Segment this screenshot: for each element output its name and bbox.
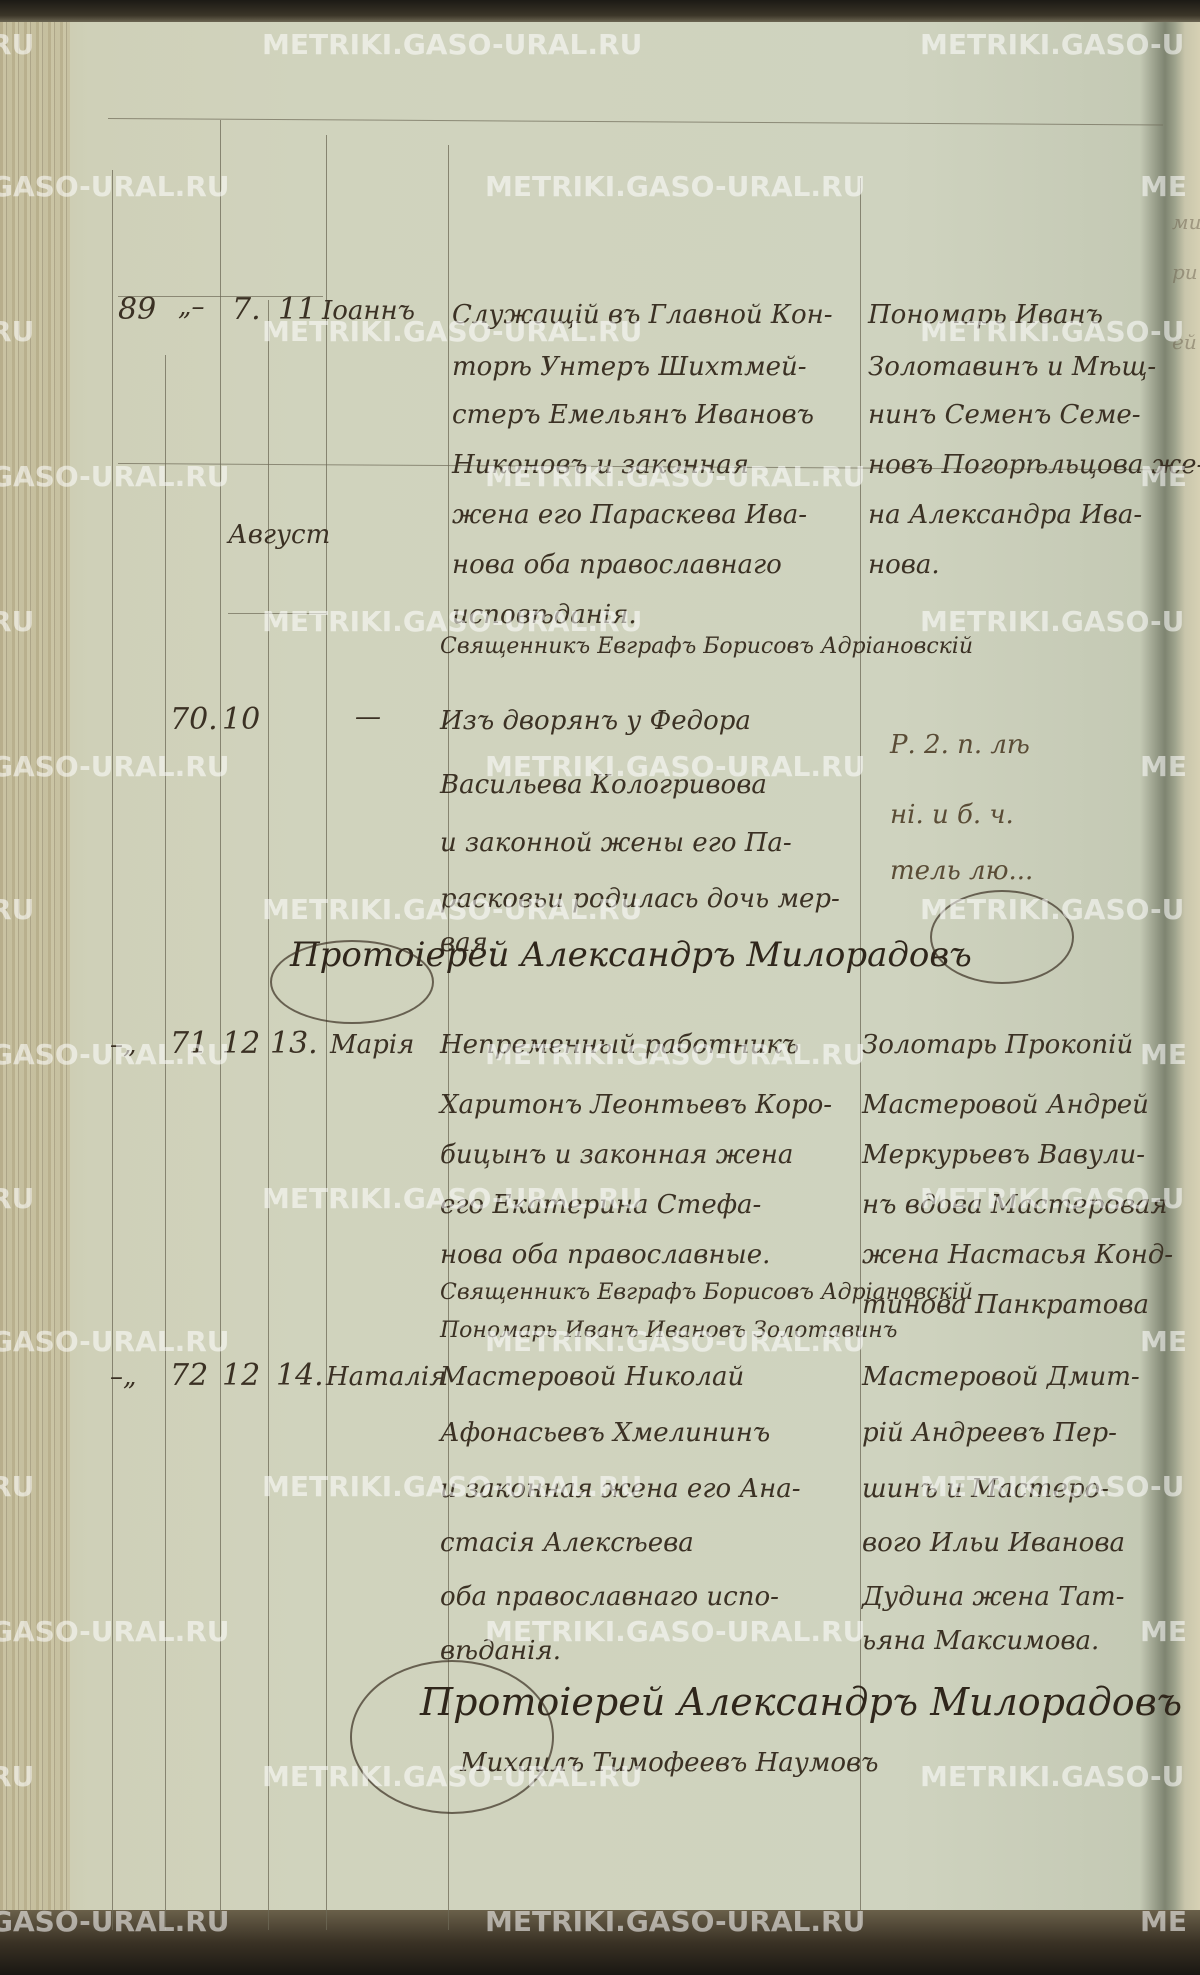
parents-line: его Екатерина Стефа- <box>440 1190 761 1220</box>
entry-baptism-day: 13. <box>270 1026 318 1061</box>
rule-month-underline <box>228 613 326 614</box>
watermark-text: ME <box>1140 1038 1187 1071</box>
parents-line: Непременный работникъ <box>440 1030 799 1060</box>
col-rule-7 <box>860 178 861 1930</box>
entry-baptism-day: 14. <box>276 1358 324 1393</box>
signature-flourish <box>270 940 434 1024</box>
month-header: Август <box>228 520 330 550</box>
godparents-line: Мастеровой Дмит- <box>862 1362 1140 1392</box>
godparents-line: Меркурьевъ Вавули- <box>862 1140 1145 1170</box>
parents-line: Служащій въ Главной Кон- <box>452 300 833 330</box>
entry-birth-day: 10 <box>222 702 260 737</box>
godparents-line: нъ вдова Мастеровая <box>862 1190 1168 1220</box>
parents-line: Изъ дворянъ у Федора <box>440 706 751 736</box>
godparents-line: Р. 2. п. лѣ <box>890 730 1030 760</box>
entry-male-no: –„ <box>110 1362 136 1392</box>
entry-clerk: Пономарь Иванъ Ивановъ Золотавинъ <box>440 1318 897 1343</box>
entry-child-name: Іоаннъ <box>322 296 415 326</box>
godparents-line: тель лю... <box>890 856 1033 886</box>
watermark-text: METRIKI.GASO-URAL.RU <box>262 28 642 61</box>
facing-page-bleed: ми <box>1172 210 1200 234</box>
godparents-line: на Александра Ива- <box>868 500 1142 530</box>
entry-clerk: Михаилъ Тимофеевъ Наумовъ <box>460 1748 879 1778</box>
parents-line: нова оба православные. <box>440 1240 770 1270</box>
entry-male-no: –„ <box>110 1030 136 1060</box>
col-rule-5 <box>326 135 327 1930</box>
watermark-text: ME <box>1140 1325 1187 1358</box>
entry-female-no: 72 <box>170 1358 208 1393</box>
facing-page-bleed: ри <box>1172 260 1198 284</box>
parents-line: расковьи родилась дочь мер- <box>440 884 840 914</box>
godparents-line: шинъ и Мастеро- <box>862 1474 1109 1504</box>
godparents-line: вого Ильи Иванова <box>862 1528 1125 1558</box>
register-page: Август 89 „– 7. 11 Іоаннъ Служащій въ Гл… <box>0 0 1200 1975</box>
watermark-text: ME <box>1140 1615 1187 1648</box>
parents-line: стасія Алексѣева <box>440 1528 694 1558</box>
watermark-text: METRIKI.GASO-U <box>920 1760 1184 1793</box>
godparents-line: Золотарь Прокопій <box>862 1030 1133 1060</box>
godparents-line: рій Андреевъ Пер- <box>862 1418 1117 1448</box>
col-rule-2 <box>165 355 166 1930</box>
entry-male-no: „– <box>178 292 204 322</box>
godparents-line: нинъ Семенъ Семе- <box>868 400 1141 430</box>
godparents-line: ьяна Максимова. <box>862 1626 1099 1656</box>
entry-birth-day: 12 <box>222 1358 260 1393</box>
entry-child-name: Марія <box>330 1030 414 1060</box>
signature-flourish <box>930 890 1074 984</box>
entry-baptism-day: 11 <box>278 292 316 327</box>
parents-line: бицынъ и законная жена <box>440 1140 793 1170</box>
facing-page-bleed: ей <box>1172 330 1197 354</box>
godparents-line: новъ Погорѣльцова же- <box>868 450 1200 480</box>
watermark-text: METRIKI.GASO-U <box>920 28 1184 61</box>
godparents-line: ні. и б. ч. <box>890 800 1014 830</box>
watermark-text: METRIKI.GASO-URAL.RU <box>485 170 865 203</box>
rule-top <box>108 118 1163 125</box>
parents-line: жена его Параскева Ива- <box>452 500 807 530</box>
watermark-text: ME <box>1140 170 1187 203</box>
parents-line: исповѣданія. <box>452 600 637 630</box>
col-rule-3 <box>220 120 221 1930</box>
entry-child-name: Наталія <box>326 1362 446 1392</box>
entry-birth-day: 12 <box>222 1026 260 1061</box>
godparents-line: Пономарь Иванъ <box>868 300 1103 330</box>
page-stack-edge <box>0 20 70 1920</box>
book-bottom-edge <box>0 1910 1200 1975</box>
parents-line: Васильева Кологривова <box>440 770 767 800</box>
parents-line: Афонасьевъ Хмелининъ <box>440 1418 770 1448</box>
entry-officiant: Священникъ Евграфъ Борисовъ Адріановскій <box>440 634 973 659</box>
entry-female-no: 71 <box>170 1026 208 1061</box>
entry-female-no: 89 <box>118 292 156 327</box>
parents-line: Никоновъ и законная <box>452 450 749 480</box>
godparents-line: Золотавинъ и Мѣщ- <box>868 352 1156 382</box>
entry-baptism-day: — <box>355 702 381 732</box>
signature-flourish <box>350 1660 554 1814</box>
godparents-line: жена Настасья Конд- <box>862 1240 1173 1270</box>
parents-line: нова оба православнаго <box>452 550 782 580</box>
parents-line: торѣ Унтеръ Шихтмей- <box>452 352 807 382</box>
parents-line: Харитонъ Леонтьевъ Коро- <box>440 1090 832 1120</box>
book-top-edge <box>0 0 1200 22</box>
parents-line: и законная жена его Ана- <box>440 1474 800 1504</box>
parents-line: оба православнаго испо- <box>440 1582 779 1612</box>
entry-female-no: 70. <box>170 702 218 737</box>
parents-line: и законной жены его Па- <box>440 828 792 858</box>
watermark-text: ME <box>1140 750 1187 783</box>
parents-line: Мастеровой Николай <box>440 1362 744 1392</box>
godparents-line: Мастеровой Андрей <box>862 1090 1149 1120</box>
godparents-line: Дудина жена Тат- <box>862 1582 1124 1612</box>
entry-officiant: Священникъ Евграфъ Борисовъ Адріановскій <box>440 1280 973 1305</box>
entry-birth-day: 7. <box>232 292 261 327</box>
parents-line: стеръ Емельянъ Ивановъ <box>452 400 814 430</box>
godparents-line: нова. <box>868 550 940 580</box>
